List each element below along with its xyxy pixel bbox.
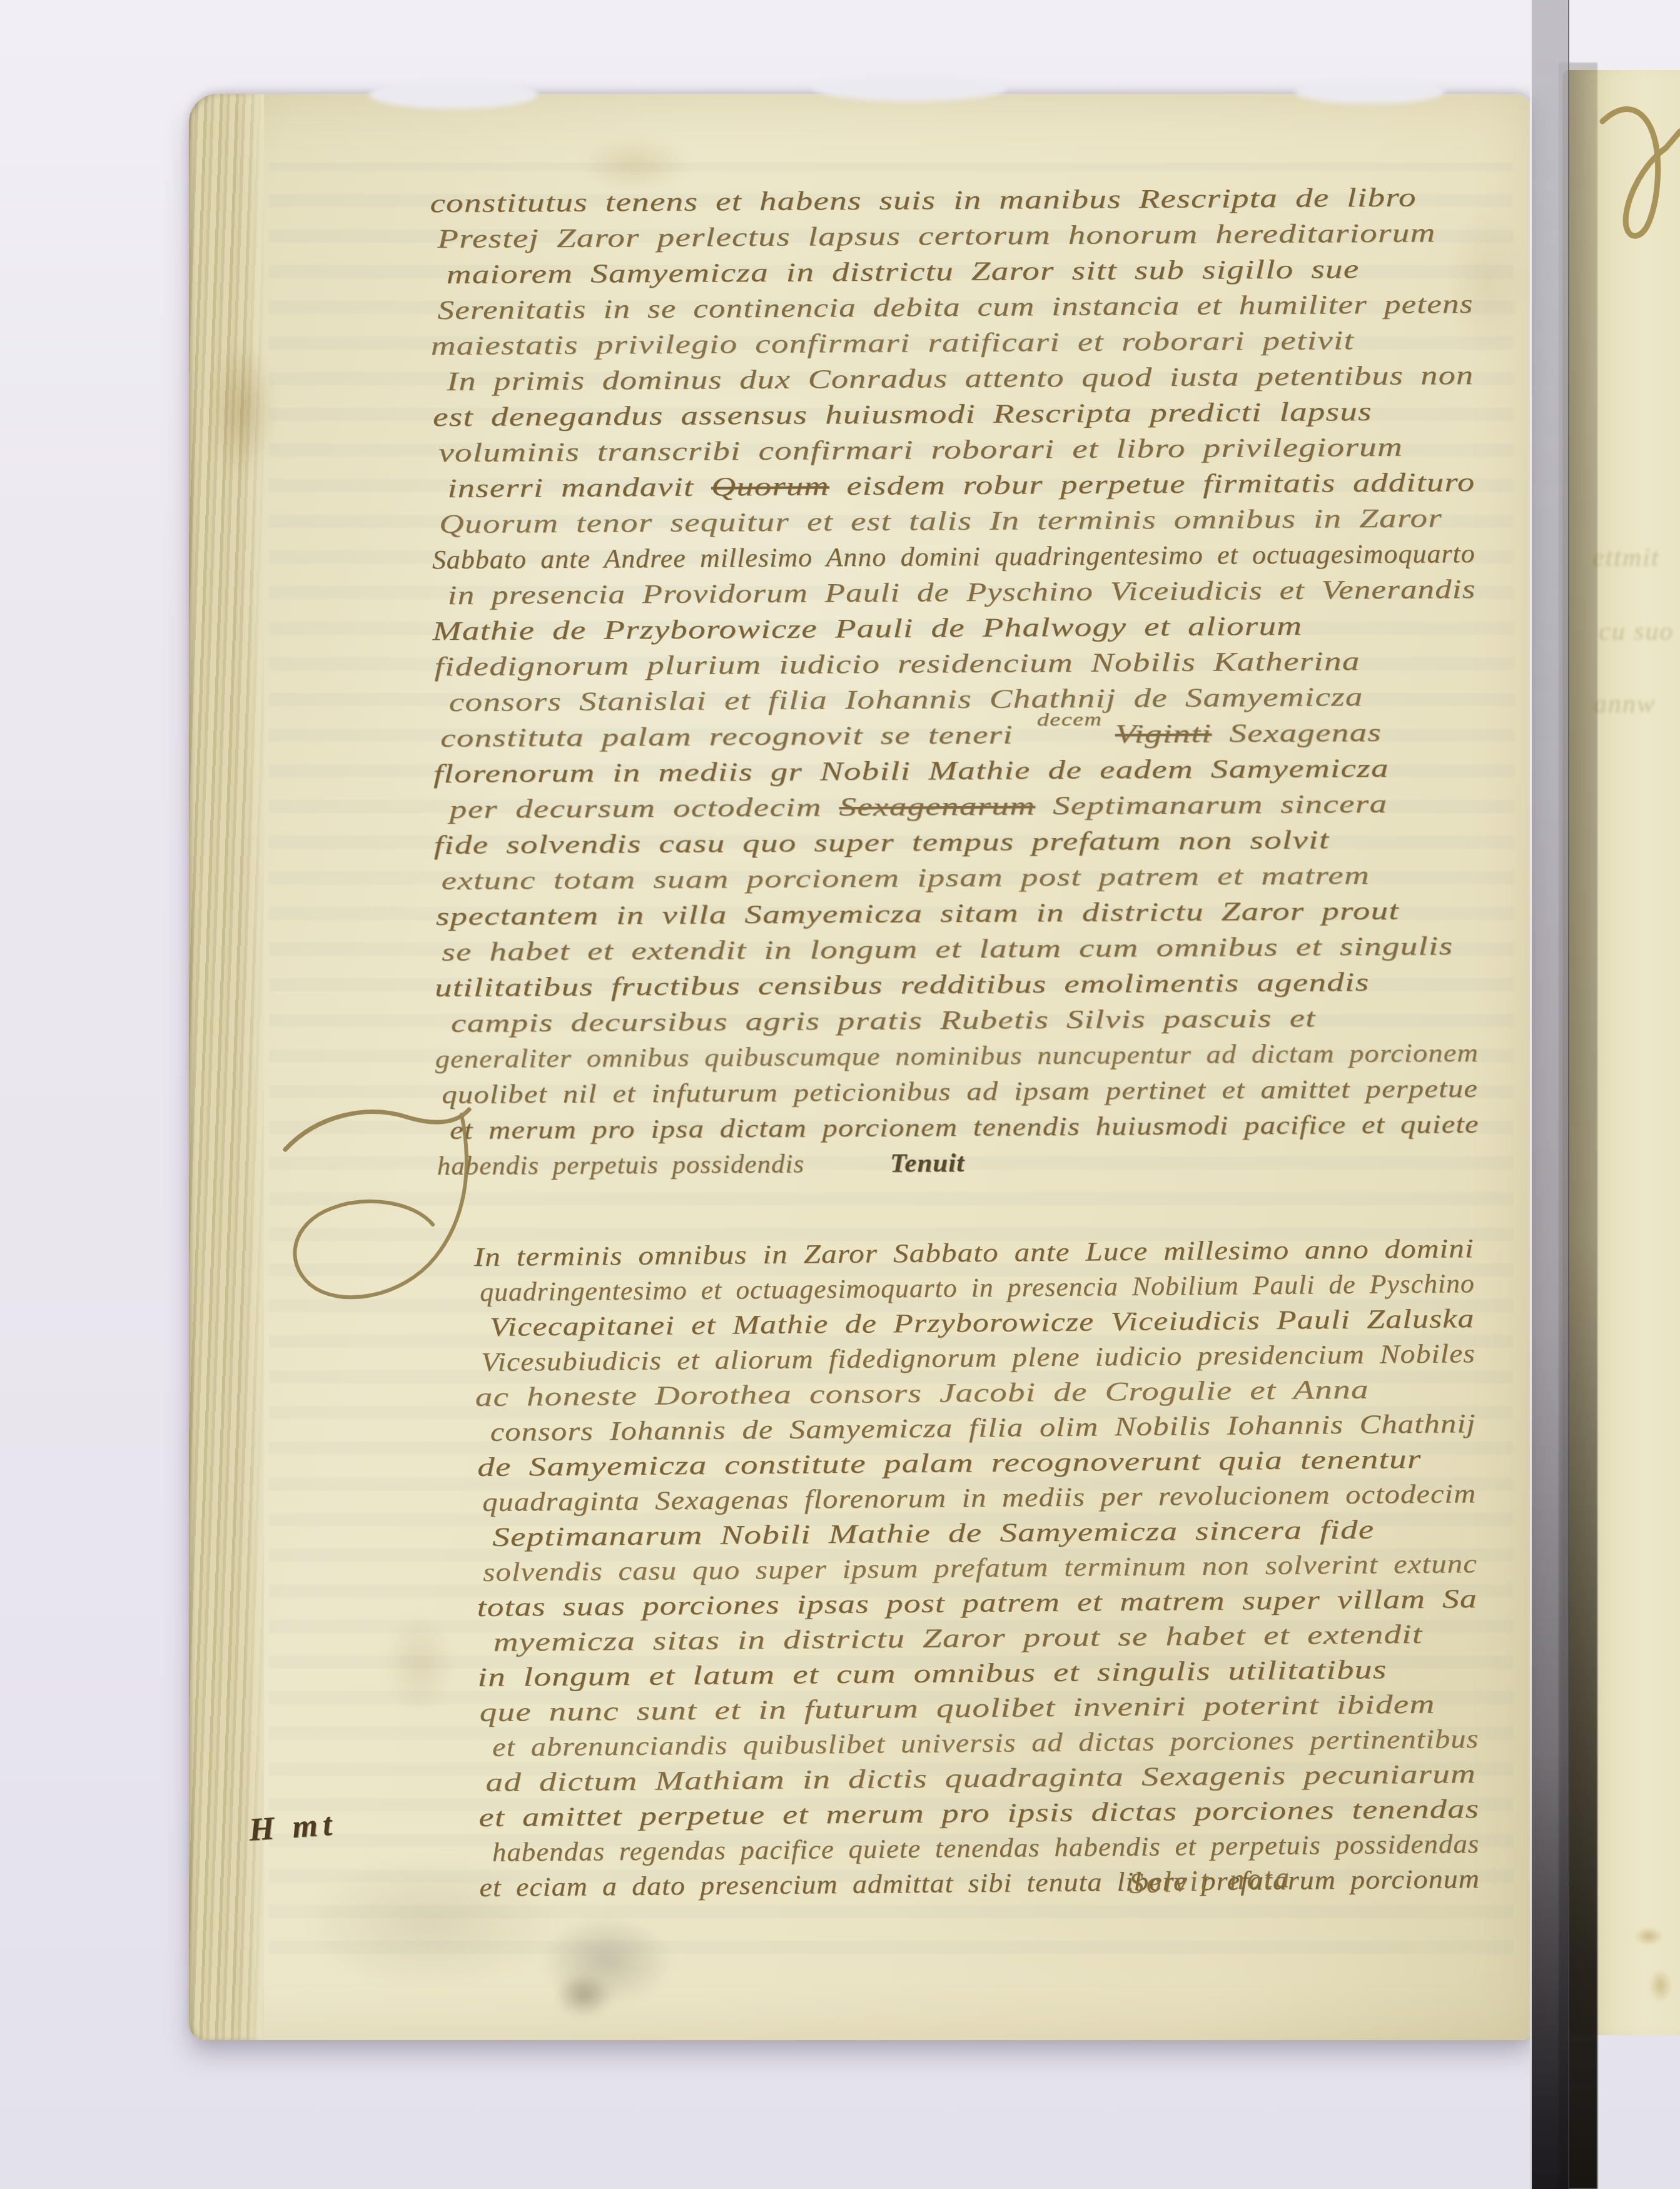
text-run: constituta palam recognovit se teneri bbox=[440, 720, 1031, 753]
text-run: spectantem in villa Samyemicza sitam in … bbox=[436, 896, 1399, 931]
manuscript-line: fide solvendis casu quo super tempus pre… bbox=[433, 821, 1484, 863]
text-run: se habet et extendit in longum et latum … bbox=[442, 931, 1453, 967]
foxing-spot bbox=[1630, 1924, 1667, 1949]
text-run: In terminis omnibus in Zaror Sabbato ant… bbox=[473, 1234, 1474, 1272]
solvit-nota-annotation: Solvit nota bbox=[1128, 1861, 1292, 1901]
text-run: extunc totam suam porcionem ipsam post p… bbox=[441, 861, 1370, 896]
struck-word: Sexagenarum bbox=[839, 791, 1035, 822]
text-run: habendas regendas pacifice quiete tenend… bbox=[492, 1829, 1480, 1868]
manuscript-line: inserri mandavit Quorum eisdem robur per… bbox=[432, 465, 1482, 507]
text-run: voluminis transcribi confirmari roborari… bbox=[438, 433, 1403, 468]
text-run: habendis perpetuis possidendis bbox=[437, 1149, 819, 1181]
text-run: generaliter omnibus quibuscumque nominib… bbox=[435, 1038, 1479, 1074]
text-run: ad dictum Mathiam in dictis quadraginta … bbox=[485, 1759, 1476, 1797]
interlinear-word: decem bbox=[1037, 702, 1103, 738]
manuscript-line: florenorum in mediis gr Nobili Mathie de… bbox=[433, 750, 1484, 792]
manuscript-line: se habet et extendit in longum et latum … bbox=[434, 928, 1485, 970]
foxing-spot bbox=[1645, 1964, 1676, 2008]
manuscript-photo: { "document": { "kind_label": "manuscrip… bbox=[0, 0, 1680, 2189]
manuscript-line: extunc totam suam porcionem ipsam post p… bbox=[434, 857, 1485, 899]
text-run: Prestej Zaror perlectus lapsus certorum … bbox=[437, 218, 1436, 254]
stain-mark bbox=[199, 319, 286, 500]
text-run: solvendis casu quo super ipsum prefatum … bbox=[483, 1549, 1477, 1587]
paragraph-initial-flourish bbox=[274, 1101, 480, 1317]
manuscript-line: campis decursibus agris pratis Rubetis S… bbox=[435, 999, 1485, 1041]
deckle-dip bbox=[813, 74, 1007, 101]
text-run: Vicesubiudicis et aliorum fidedignorum p… bbox=[481, 1339, 1475, 1377]
stain-mark bbox=[543, 1964, 624, 2026]
text-run: ac honeste Dorothea consors Jacobi de Cr… bbox=[475, 1375, 1369, 1412]
text-run: Serenitatis in se continencia debita cum… bbox=[437, 290, 1473, 325]
text-run: fidedignorum plurium iudicio residencium… bbox=[434, 647, 1360, 682]
manuscript-line: Serenitatis in se continencia debita cum… bbox=[430, 286, 1481, 328]
text-run: inserri mandavit bbox=[447, 472, 711, 503]
manuscript-line: fidedignorum plurium iudicio residencium… bbox=[433, 643, 1484, 685]
text-run: quadringentesimo et octuagesimoquarto in… bbox=[480, 1269, 1475, 1307]
manuscript-line: In primis dominus dux Conradus attento q… bbox=[431, 358, 1482, 400]
manuscript-line: in presencia Providorum Pauli de Pyschin… bbox=[432, 572, 1483, 614]
manuscript-line: spectantem in villa Samyemicza sitam in … bbox=[434, 892, 1485, 934]
text-run: in presencia Providorum Pauli de Pyschin… bbox=[448, 575, 1476, 610]
text-run: utilitatibus fructibus censibus redditib… bbox=[435, 968, 1370, 1003]
text-run: consors Stanislai et filia Iohannis Chat… bbox=[449, 682, 1364, 717]
struck-word: Quorum bbox=[711, 472, 829, 502]
glass-edge-strip bbox=[1530, 0, 1569, 2189]
stain-mark bbox=[373, 1595, 467, 1732]
manuscript-line: habendis perpetuis possidendis Tenuit bbox=[436, 1142, 1487, 1184]
manuscript-line: quolibet nil et infuturum peticionibus a… bbox=[435, 1071, 1486, 1113]
text-run: Mathie de Przyborowicze Pauli de Phalwog… bbox=[432, 612, 1302, 646]
manuscript-line: consors Stanislai et filia Iohannis Chat… bbox=[433, 679, 1484, 720]
manuscript-line: constitutus tenens et habens suis in man… bbox=[430, 179, 1480, 221]
manuscript-line: Mathie de Przyborowicze Pauli de Phalwog… bbox=[432, 607, 1483, 649]
manuscript-line: utilitatibus fructibus censibus redditib… bbox=[435, 964, 1485, 1006]
text-run: maiestatis privilegio confirmari ratific… bbox=[431, 326, 1355, 361]
text-run: et amittet perpetue et merum pro ipsis d… bbox=[478, 1794, 1479, 1833]
text-run: Sexagenas bbox=[1212, 718, 1382, 749]
text-run: consors Iohannis de Samyemicza filia oli… bbox=[490, 1409, 1476, 1447]
text-run: fide solvendis casu quo super tempus pre… bbox=[433, 825, 1329, 860]
facing-initial-flourish bbox=[1599, 94, 1680, 258]
text-run: quolibet nil et infuturum peticionibus a… bbox=[442, 1074, 1478, 1110]
manuscript-line: maiestatis privilegio confirmari ratific… bbox=[431, 322, 1482, 364]
text-run: et merum pro ipsa dictam porcionem tenen… bbox=[450, 1110, 1479, 1145]
text-run: totas suas porciones ipsas post patrem e… bbox=[477, 1584, 1477, 1622]
text-run: quadraginta Sexagenas florenorum in medi… bbox=[482, 1479, 1476, 1517]
manuscript-line: Quorum tenor sequitur et est talis In te… bbox=[432, 500, 1482, 542]
text-run: in longum et latum et cum omnibus et sin… bbox=[477, 1655, 1387, 1692]
bleedthrough-line: annw bbox=[1594, 689, 1656, 719]
manuscript-line: per decursum octodecim Sexagenarum Septi… bbox=[433, 786, 1484, 827]
tenuit-note: Tenuit bbox=[890, 1148, 964, 1178]
text-run: et abrenunciandis quibuslibet universis … bbox=[492, 1724, 1479, 1762]
text-run: Quorum tenor sequitur et est talis In te… bbox=[439, 503, 1442, 539]
margin-tenuit-mark: H mt bbox=[248, 1806, 338, 1849]
manuscript-line: Sabbato ante Andree millesimo Anno domin… bbox=[432, 536, 1483, 578]
text-run: florenorum in mediis gr Nobili Mathie de… bbox=[433, 754, 1389, 789]
text-run: Vicecapitanei et Mathie de Przyborowicze… bbox=[489, 1304, 1474, 1342]
text-run: myemicza sitas in districtu Zaror prout … bbox=[493, 1620, 1422, 1657]
text-run: Septimanarum Nobili Mathie de Samyemicza… bbox=[492, 1515, 1375, 1552]
text-run: In primis dominus dux Conradus attento q… bbox=[447, 361, 1474, 397]
manuscript-line: voluminis transcribi confirmari roborari… bbox=[432, 429, 1482, 471]
deckle-dip bbox=[369, 80, 538, 109]
text-run: eisdem robur perpetue firmitatis additur… bbox=[829, 468, 1475, 501]
manuscript-line: constituta palam recognovit se teneri de… bbox=[433, 714, 1484, 756]
deckle-dip bbox=[1295, 79, 1445, 104]
text-run: per decursum octodecim bbox=[450, 792, 839, 824]
text-run: et eciam a dato presencium admittat sibi… bbox=[479, 1864, 1480, 1903]
bleedthrough-line: ettmit bbox=[1592, 543, 1660, 573]
text-run: campis decursibus agris pratis Rubetis S… bbox=[451, 1004, 1316, 1038]
text-run: Septimanarum sincera bbox=[1035, 789, 1387, 821]
text-run: est denegandus assensus huiusmodi Rescri… bbox=[433, 397, 1372, 432]
text-run: Sabbato ante Andree millesimo Anno domin… bbox=[432, 539, 1475, 575]
bleedthrough-line: cu suo bbox=[1599, 617, 1674, 647]
text-run: constitutus tenens et habens suis in man… bbox=[430, 183, 1417, 219]
text-run: que nunc sunt et in futurum quolibet inv… bbox=[479, 1690, 1435, 1727]
manuscript-line: et merum pro ipsa dictam porcionem tenen… bbox=[435, 1106, 1486, 1148]
entry-2-text-block: In terminis omnibus in Zaror Sabbato ant… bbox=[473, 1231, 1486, 1906]
manuscript-line: generaliter omnibus quibuscumque nominib… bbox=[435, 1035, 1485, 1077]
struck-word: Viginti bbox=[1115, 719, 1212, 749]
text-run: maiorem Samyemicza in districtu Zaror si… bbox=[446, 255, 1359, 290]
manuscript-line: maiorem Samyemicza in districtu Zaror si… bbox=[430, 251, 1481, 293]
entry-1-text-block: constitutus tenens et habens suis in man… bbox=[430, 179, 1487, 1184]
manuscript-line: est denegandus assensus huiusmodi Rescri… bbox=[431, 393, 1482, 435]
text-run: de Samyemicza constitute palam recognove… bbox=[477, 1445, 1422, 1482]
manuscript-line: Prestej Zaror perlectus lapsus certorum … bbox=[430, 215, 1480, 257]
